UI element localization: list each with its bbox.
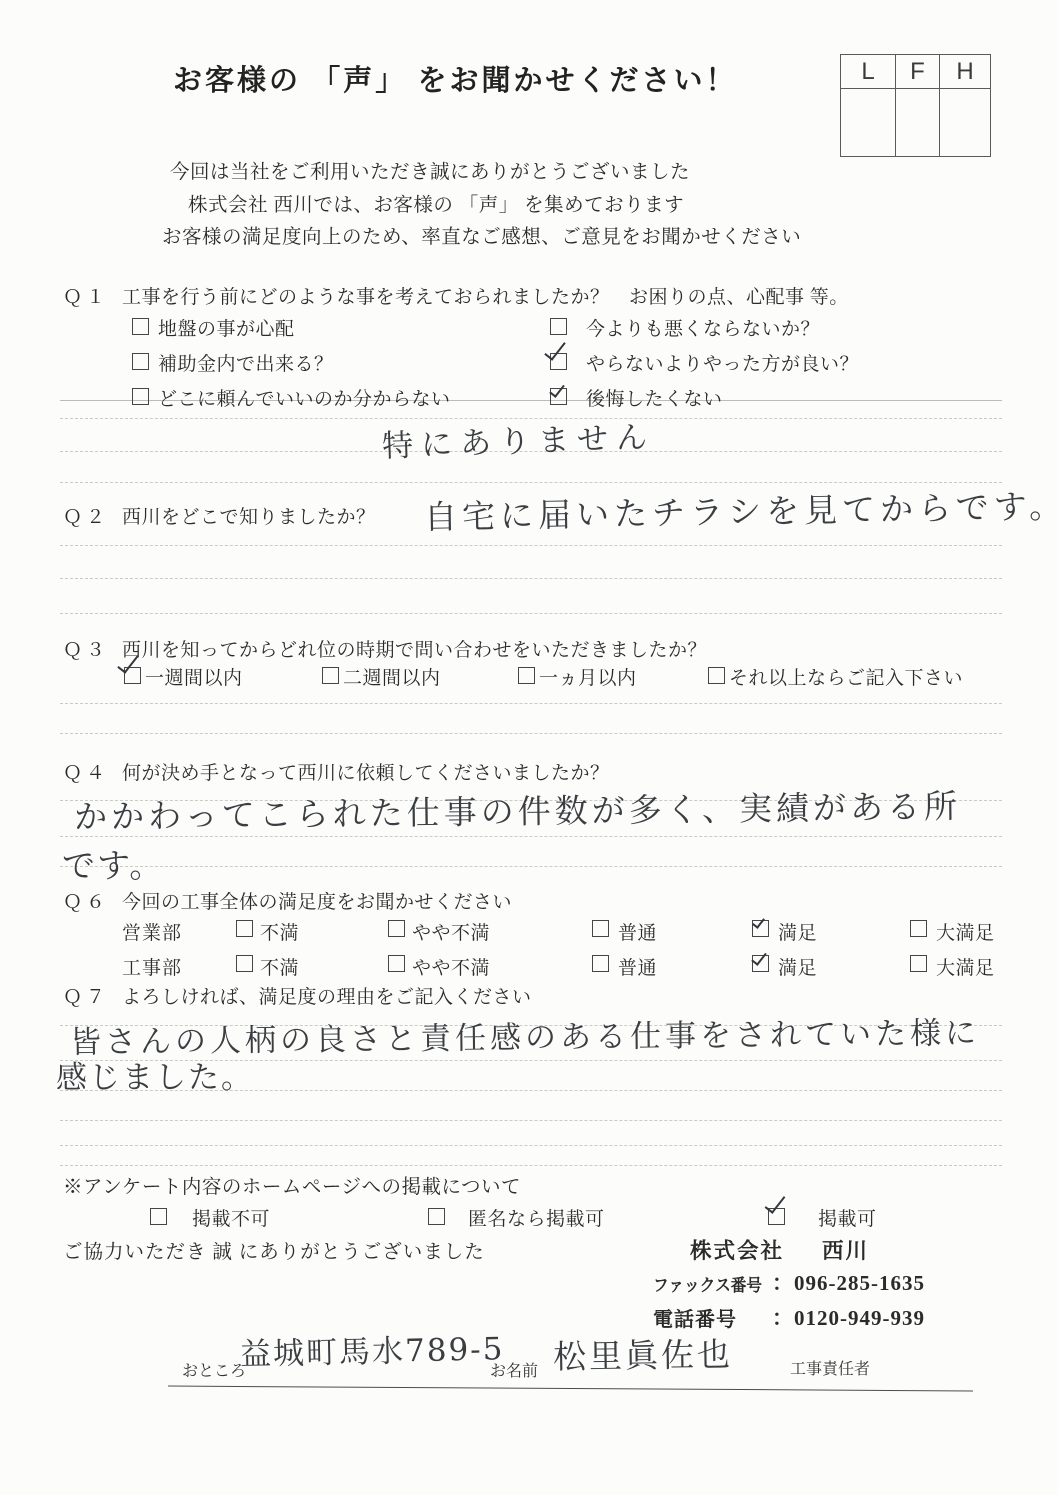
- q1-option-label: 後悔したくない: [586, 384, 723, 411]
- checkbox-q6-const-very-satisfied[interactable]: [910, 955, 927, 972]
- ruled-line: [60, 482, 1002, 483]
- checkbox-q6-sales-somewhat-dissatisfied[interactable]: [388, 920, 405, 937]
- checkbox-publish-anonymous[interactable]: [428, 1208, 445, 1225]
- q1-option-label: 地盤の事が心配: [158, 314, 295, 341]
- grade-header-l: L: [841, 55, 896, 89]
- thanks-message: ご協力いただき 誠 にありがとうございました: [63, 1236, 485, 1264]
- q7-question: よろしければ、満足度の理由をご記入ください: [122, 982, 532, 1009]
- q6-dept-construction: 工事部: [122, 953, 182, 980]
- publish-heading: ※アンケート内容のホームページへの掲載について: [63, 1171, 521, 1199]
- checkbox-q6-const-somewhat-dissatisfied[interactable]: [388, 955, 405, 972]
- checkbox-q6-const-dissatisfied[interactable]: [236, 955, 253, 972]
- q6-option-label: 満足: [778, 953, 817, 980]
- signature-underline: [168, 1386, 973, 1392]
- construction-manager-label: 工事責任者: [790, 1356, 870, 1379]
- q4-handwritten-answer-line2: です。: [62, 840, 164, 887]
- q3-number: Ｑ３: [63, 635, 109, 662]
- grade-cell-h: [940, 89, 990, 156]
- checkbox-q3-within-2-weeks[interactable]: [322, 667, 339, 684]
- handwritten-address: 益城町馬水789-5: [240, 1323, 505, 1374]
- q6-option-label: 大満足: [936, 918, 995, 945]
- tel-label: 電話番号: [653, 1303, 737, 1332]
- q3-question: 西川を知ってからどれ位の時期で問い合わせをいただきましたか？: [122, 635, 707, 662]
- checkbox-q1-ground-worry[interactable]: [132, 318, 149, 335]
- q3-option-label: それ以上ならご記入下さい: [729, 663, 963, 690]
- publish-option-label: 掲載不可: [192, 1204, 270, 1231]
- fax-number: ：096-285-1635: [772, 1267, 925, 1297]
- checkbox-q6-const-neutral[interactable]: [592, 955, 609, 972]
- company-label: 株式会社: [690, 1234, 784, 1265]
- q3-option-label: 一週間以内: [145, 663, 243, 690]
- q7-handwritten-answer-line2: 感じました。: [56, 1052, 254, 1097]
- q4-question: 何が決め手となって西川に依頼してくださいましたか？: [122, 758, 610, 785]
- grade-cell-l: [841, 89, 896, 156]
- checkbox-publish-no[interactable]: [150, 1208, 167, 1225]
- q6-number: Ｑ６: [63, 887, 109, 914]
- q1-option-label: 補助金内で出来る？: [158, 349, 334, 376]
- q6-option-label: やや不満: [412, 953, 490, 980]
- checkbox-q6-sales-dissatisfied[interactable]: [236, 920, 253, 937]
- checkbox-q1-not-worse[interactable]: [550, 318, 567, 335]
- publish-option-label: 匿名なら掲載可: [468, 1204, 605, 1231]
- q1-handwritten-answer: 特にありません: [381, 411, 655, 466]
- q6-option-label: 満足: [778, 918, 817, 945]
- ruled-line: [60, 733, 1002, 734]
- publish-option-label: 掲載可: [818, 1204, 877, 1231]
- q6-option-label: 大満足: [936, 953, 995, 980]
- ruled-line: [60, 866, 1002, 867]
- grade-cell-f: [896, 89, 940, 156]
- ruled-line: [60, 1120, 1002, 1121]
- q1-option-label: やらないよりやった方が良い？: [586, 349, 859, 376]
- intro-line-1: 今回は当社をご利用いただき誠にありがとうございました: [170, 156, 690, 184]
- grade-table: L F H: [840, 54, 991, 157]
- address-label: おところ: [182, 1358, 246, 1381]
- q6-question: 今回の工事全体の満足度をお聞かせください: [122, 887, 512, 914]
- q2-handwritten-answer: 自宅に届いたチラシを見てからです。: [424, 480, 1058, 538]
- q6-option-label: 不満: [260, 918, 299, 945]
- q2-question: 西川をどこで知りましたか？: [122, 502, 376, 529]
- company-name: 西川: [822, 1234, 869, 1265]
- ruled-line: [60, 1165, 1002, 1166]
- q1-option-label: 今よりも悪くならないか？: [586, 314, 820, 341]
- q6-option-label: 不満: [260, 953, 299, 980]
- q3-option-label: 二週間以内: [343, 663, 441, 690]
- checkbox-q6-sales-neutral[interactable]: [592, 920, 609, 937]
- ruled-line: [60, 613, 1002, 614]
- grade-header-h: H: [940, 55, 990, 89]
- q1-number: Ｑ１: [63, 282, 109, 309]
- q4-handwritten-answer-line1: かかわってこられた仕事の件数が多く、実績がある所: [74, 781, 962, 839]
- handwritten-name: 松里眞佐也: [553, 1329, 734, 1379]
- ruled-line: [60, 578, 1002, 579]
- intro-line-2: 株式会社 西川では、お客様の 「声」 を集めております: [188, 189, 684, 217]
- ruled-line: [60, 1145, 1002, 1146]
- q3-option-label: 一ヵ月以内: [539, 663, 637, 690]
- scanned-survey-form: お客様の 「声」 をお聞かせください！ L F H 今回は当社をご利用いただき誠…: [0, 0, 1058, 1495]
- grade-header-f: F: [896, 55, 940, 89]
- checkbox-q3-within-1-month[interactable]: [518, 667, 535, 684]
- q1-question: 工事を行う前にどのような事を考えておられましたか？ お困りの点、心配事 等。: [122, 282, 849, 309]
- q1-option-label: どこに頼んでいいのか分からない: [158, 384, 451, 411]
- q6-option-label: 普通: [618, 918, 657, 945]
- q7-number: Ｑ７: [63, 982, 109, 1009]
- checkbox-q6-sales-very-satisfied[interactable]: [910, 920, 927, 937]
- intro-line-3: お客様の満足度向上のため、率直なご感想、ご意見をお聞かせください: [162, 221, 801, 249]
- checkbox-q3-longer[interactable]: [708, 667, 725, 684]
- tel-number: ：0120-949-939: [772, 1302, 925, 1332]
- fax-label: ファックス番号: [653, 1271, 762, 1296]
- checkbox-q1-who-to-ask[interactable]: [132, 388, 149, 405]
- name-label: お名前: [490, 1358, 538, 1381]
- q6-dept-sales: 営業部: [122, 918, 182, 945]
- q6-option-label: 普通: [618, 953, 657, 980]
- q4-number: Ｑ４: [63, 758, 109, 785]
- q2-number: Ｑ２: [63, 502, 109, 529]
- q6-option-label: やや不満: [412, 918, 490, 945]
- page-title: お客様の 「声」 をお聞かせください！: [173, 58, 738, 99]
- checkbox-q1-subsidy[interactable]: [132, 353, 149, 370]
- ruled-line: [60, 545, 1002, 546]
- ruled-line: [60, 703, 1002, 704]
